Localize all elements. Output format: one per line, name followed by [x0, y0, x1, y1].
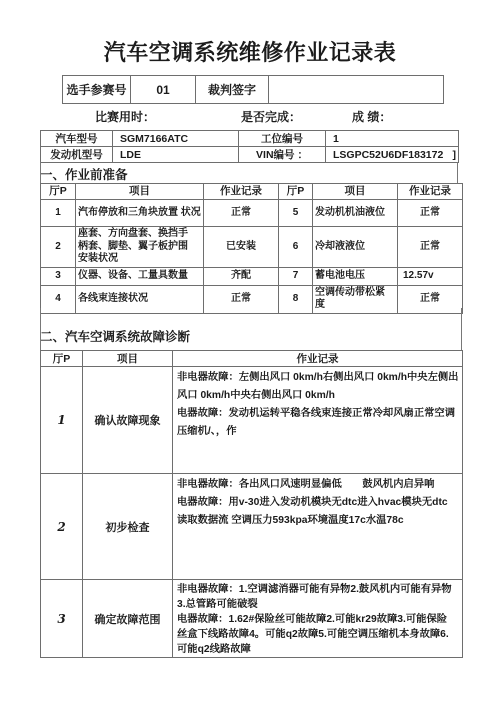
contestant-number-label: 选手参赛号 — [63, 76, 131, 104]
table-connector-line — [461, 308, 462, 350]
check-record: 已安装 — [204, 227, 279, 268]
station-number-label: 工位编号 — [239, 131, 326, 147]
column-header: 项目 — [76, 184, 204, 200]
prep-check-table: 厅P 项目 作业记录 厅P 项目 作业记录 1 汽布停放和三角块放置 状况 正常… — [40, 183, 463, 314]
diagnosis-record: 非电器故障：各出风口风速明显偏低 鼓风机内启异响 电器故障：用v-30进入发动机… — [173, 474, 463, 580]
section-heading-diagnosis: 二、汽车空调系统故障诊断 — [40, 327, 190, 345]
diagnosis-step: 初步检查 — [83, 474, 173, 580]
row-number: 3 — [41, 580, 83, 658]
row-number: 5 — [279, 200, 313, 227]
table-row: 发动机型号 LDE VIN编号 ： LSGPC52U6DF183172 ] — [41, 147, 459, 163]
row-number: 1 — [41, 367, 83, 474]
table-row: 汽车型号 SGM7166ATC 工位编号 1 — [41, 131, 459, 147]
column-header: 作业记录 — [204, 184, 279, 200]
table-row: 2 座套、方向盘套、换挡手 柄套、脚垫、翼子板护围 安装状况 已安装 6 冷却液… — [41, 227, 463, 268]
vin-value: LSGPC52U6DF183172 — [333, 149, 443, 161]
check-record: 12.57v — [398, 267, 463, 285]
check-record: 正常 — [398, 285, 463, 313]
table-row: 3 确定故障范围 非电器故障：1.空调滤消器可能有异物2.鼓风机内可能有异物 3… — [41, 580, 463, 658]
column-header: 厅P — [279, 184, 313, 200]
diagnosis-step: 确认故障现象 — [83, 367, 173, 474]
vin-value-cell: LSGPC52U6DF183172 ] — [326, 147, 459, 163]
row-number: 3 — [41, 267, 76, 285]
diagnosis-table: 厅P 项目 作业记录 1 确认故障现象 非电器故障：左侧出风口 0km/h右侧出… — [40, 350, 463, 658]
row-number: 8 — [279, 285, 313, 313]
check-item: 蓄电池电压 — [313, 267, 398, 285]
row-number: 1 — [41, 200, 76, 227]
time-used-label: 比赛用时： — [95, 108, 155, 125]
table-header-row: 厅P 项目 作业记录 厅P 项目 作业记录 — [41, 184, 463, 200]
check-item: 冷却液液位 — [313, 227, 398, 268]
row-number: 2 — [41, 227, 76, 268]
check-record: 正常 — [398, 200, 463, 227]
check-item: 空调传动带松紧 度 — [313, 285, 398, 313]
contestant-info-table: 选手参赛号 01 裁判签字 — [62, 75, 444, 104]
row-number: 6 — [279, 227, 313, 268]
check-item: 各线束连接状况 — [76, 285, 204, 313]
engine-model-value: LDE — [113, 147, 239, 163]
table-connector-line — [40, 162, 41, 183]
check-item: 发动机机油液位 — [313, 200, 398, 227]
table-row: 3 仪器、设备、工量具数量 齐配 7 蓄电池电压 12.57v — [41, 267, 463, 285]
contestant-number-value: 01 — [131, 76, 196, 104]
row-number: 7 — [279, 267, 313, 285]
check-item: 仪器、设备、工量具数量 — [76, 267, 204, 285]
row-number: 2 — [41, 474, 83, 580]
row-number: 4 — [41, 285, 76, 313]
table-row: 选手参赛号 01 裁判签字 — [63, 76, 444, 104]
check-record: 正常 — [204, 285, 279, 313]
column-header: 作业记录 — [398, 184, 463, 200]
check-item: 座套、方向盘套、换挡手 柄套、脚垫、翼子板护围 安装状况 — [76, 227, 204, 268]
diagnosis-step: 确定故障范围 — [83, 580, 173, 658]
vehicle-info-table: 汽车型号 SGM7166ATC 工位编号 1 发动机型号 LDE VIN编号 ：… — [40, 130, 459, 163]
judge-signature-field — [269, 76, 444, 104]
column-header: 厅P — [41, 184, 76, 200]
car-model-value: SGM7166ATC — [113, 131, 239, 147]
table-row: 4 各线束连接状况 正常 8 空调传动带松紧 度 正常 — [41, 285, 463, 313]
engine-model-label: 发动机型号 — [41, 147, 113, 163]
station-number-value: 1 — [326, 131, 459, 147]
check-record: 正常 — [398, 227, 463, 268]
table-connector-line — [40, 308, 41, 350]
diagnosis-record: 非电器故障：1.空调滤消器可能有异物2.鼓风机内可能有异物 3.总管路可能破裂 … — [173, 580, 463, 658]
vin-label: VIN编号 ： — [239, 147, 326, 163]
diagnosis-record: 非电器故障：左侧出风口 0km/h右侧出风口 0km/h中央左侧出 风口 0km… — [173, 367, 463, 474]
page-title: 汽车空调系统维修作业记录表 — [0, 36, 500, 67]
judge-signature-label: 裁判签字 — [196, 76, 269, 104]
completed-label: 是否完成： — [241, 108, 301, 125]
table-connector-line — [457, 162, 458, 183]
table-row: 1 确认故障现象 非电器故障：左侧出风口 0km/h右侧出风口 0km/h中央左… — [41, 367, 463, 474]
table-row: 1 汽布停放和三角块放置 状况 正常 5 发动机机油液位 正常 — [41, 200, 463, 227]
table-row: 2 初步检查 非电器故障：各出风口风速明显偏低 鼓风机内启异响 电器故障：用v-… — [41, 474, 463, 580]
column-header: 作业记录 — [173, 351, 463, 367]
check-record: 齐配 — [204, 267, 279, 285]
car-model-label: 汽车型号 — [41, 131, 113, 147]
column-header: 厅P — [41, 351, 83, 367]
vin-bracket: ] — [453, 149, 457, 161]
column-header: 项目 — [83, 351, 173, 367]
check-item: 汽布停放和三角块放置 状况 — [76, 200, 204, 227]
check-record: 正常 — [204, 200, 279, 227]
score-label: 成 绩： — [352, 108, 391, 125]
table-header-row: 厅P 项目 作业记录 — [41, 351, 463, 367]
column-header: 项目 — [313, 184, 398, 200]
section-heading-prep: 一、作业前准备 — [40, 165, 128, 183]
